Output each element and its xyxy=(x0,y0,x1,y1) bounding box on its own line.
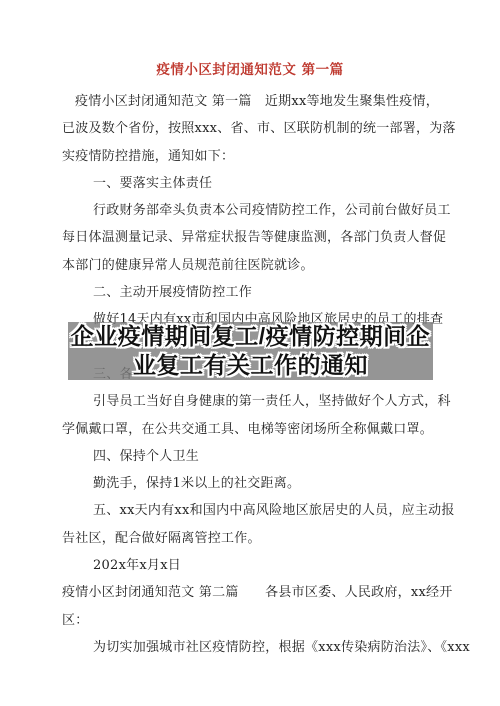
doc-line: 实疫情防控措施，通知如下： xyxy=(62,143,444,170)
doc-line: 引导员工当好自身健康的第一责任人，坚持做好个人方式，科 xyxy=(62,388,444,415)
doc-section-heading: 五、xx天内有xx和国内中高风险地区旅居史的人员，应主动报 xyxy=(62,497,444,524)
doc-section-heading: 二、主动开展疫情防控工作 xyxy=(62,279,444,306)
doc-section-heading: 四、保持个人卫生 xyxy=(62,443,444,470)
doc-line: 为切实加强城市社区疫情防控，根据《xxx传染病防治法》、《xxx xyxy=(62,634,444,661)
document-page: 疫情小区封闭通知范文 第一篇 疫情小区封闭通知范文 第一篇 近期xx等地发生聚集… xyxy=(0,0,500,706)
doc-line: 学佩戴口罩，在公共交通工具、电梯等密闭场所全称佩戴口罩。 xyxy=(62,416,444,443)
doc-line: 本部门的健康异常人员规范前往医院就诊。 xyxy=(62,252,444,279)
overlay-title-line2: 业复工有关工作的通知 xyxy=(133,351,368,380)
page-title: 疫情小区封闭通知范文 第一篇 xyxy=(0,58,500,78)
doc-line: 区： xyxy=(62,607,444,634)
doc-line: 疫情小区封闭通知范文 第二篇 各县市区委、人民政府，xx经开 xyxy=(62,579,444,606)
doc-date-line: 202x年x月x日 xyxy=(62,552,444,579)
doc-line: 疫情小区封闭通知范文 第一篇 近期xx等地发生聚集性疫情， xyxy=(62,88,444,115)
overlay-title-line1: 企业疫情期间复工/疫情防控期间企 xyxy=(71,322,430,351)
headline-overlay: 企业疫情期间复工/疫情防控期间企 业复工有关工作的通知 xyxy=(68,322,433,380)
doc-line: 每日体温测量记录、异常症状报告等健康监测，各部门负责人督促 xyxy=(62,224,444,251)
doc-section-heading: 一、要落实主体责任 xyxy=(62,170,444,197)
doc-line: 行政财务部牵头负责本公司疫情防控工作，公司前台做好员工 xyxy=(62,197,444,224)
doc-line: 告社区，配合做好隔离管控工作。 xyxy=(62,525,444,552)
doc-line: 已波及数个省份，按照xxx、省、市、区联防机制的统一部署，为落 xyxy=(62,115,444,142)
doc-line: 勤洗手，保持1米以上的社交距离。 xyxy=(62,470,444,497)
